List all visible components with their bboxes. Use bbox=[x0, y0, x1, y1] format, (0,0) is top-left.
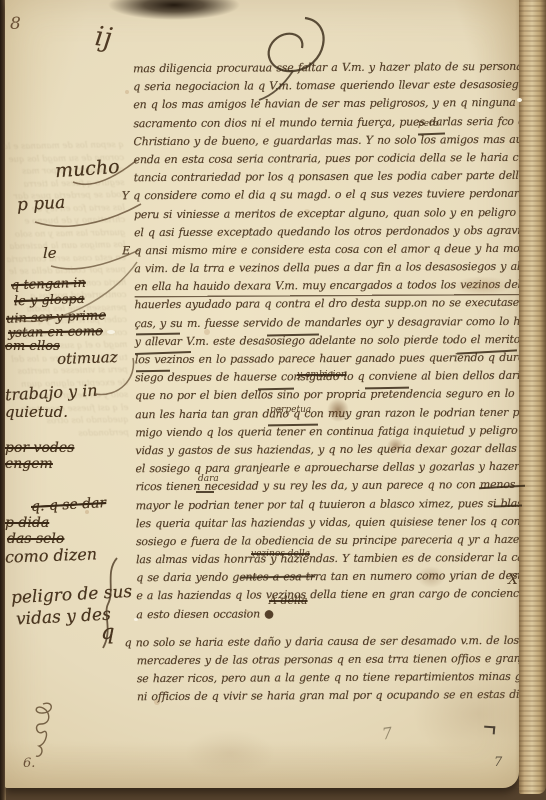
interlinear-insertion: y ambicion bbox=[297, 370, 347, 380]
stain bbox=[453, 276, 511, 296]
margin-brace bbox=[99, 556, 123, 650]
margin-connector bbox=[71, 154, 141, 192]
interlinear-insertion: A della bbox=[269, 594, 308, 607]
interlinear-insertion: vezinos della bbox=[251, 549, 310, 559]
text-line: hauerles ayudado para q contra el dro de… bbox=[134, 294, 527, 315]
corner-mark bbox=[484, 726, 496, 735]
text-line: migo viendo q los queria tener en contin… bbox=[135, 422, 528, 443]
margin-note-struck: p dida bbox=[5, 515, 49, 531]
stain bbox=[327, 398, 349, 422]
text-line: sosiego e fuera de la obediencia de su p… bbox=[136, 531, 529, 552]
ink-blotch bbox=[108, 0, 240, 20]
text-line: Christiano y de bueno, e guardarlas mas.… bbox=[133, 131, 526, 152]
interlinear-insertion: pero bbox=[418, 119, 439, 129]
text-line: e a las haziendas q los vezinos della ti… bbox=[136, 585, 529, 606]
text-line: las almas vidas honrras y haziendas. Y t… bbox=[136, 549, 529, 570]
text-line: mayor le podrian tener por tal q tuuiero… bbox=[136, 494, 529, 515]
text-line: les queria quitar las haziendas y vidas,… bbox=[136, 512, 529, 533]
text-line: tancia contrariedad por los q ponsasen q… bbox=[134, 167, 527, 188]
text-line: Y q considere como el dia q su magd. o e… bbox=[122, 185, 527, 206]
manuscript-page: q sepan los de mananas e la corona de su… bbox=[5, 0, 519, 788]
paper-speck bbox=[107, 330, 115, 334]
stain bbox=[413, 668, 543, 760]
margin-connector bbox=[91, 356, 141, 398]
folio-mark-ij: ij bbox=[93, 21, 114, 54]
stain bbox=[417, 566, 445, 588]
text-line: el q asi fuesse exceptado quedando los o… bbox=[134, 221, 527, 242]
foxing-spots bbox=[125, 90, 129, 94]
text-line: peru si viniesse a meritos de exceptar a… bbox=[134, 203, 527, 224]
text-line: ças, y su m. fuesse servido de mandarles… bbox=[135, 312, 528, 333]
page-number-ink: 7 bbox=[494, 755, 502, 770]
interlinear-insertion: dara bbox=[198, 474, 219, 484]
margin-note-struck: engem bbox=[5, 456, 53, 472]
page-number-pencil: 7 bbox=[381, 723, 394, 743]
text-line: a vim. de la trra e vezinos della pues a… bbox=[134, 258, 527, 279]
text-line: enda en esta cosa seria contraria, pues … bbox=[134, 149, 527, 170]
margin-note-struck: por vodes bbox=[5, 440, 74, 456]
text-line: q no solo se haria este daño y daria cau… bbox=[125, 632, 530, 653]
folio-number-top: 8 bbox=[10, 14, 21, 34]
strike-mark bbox=[196, 491, 214, 493]
text-line: sacramento con dios ni el mundo ternia f… bbox=[133, 112, 526, 133]
bottom-left-number: 6. bbox=[23, 756, 35, 771]
main-text-block: mas diligencia procuraua sse faltar a V.… bbox=[133, 58, 530, 707]
stain bbox=[387, 438, 404, 453]
margin-note: como dizen bbox=[5, 544, 98, 566]
text-line: y allevar V.m. este desasosiego adelante… bbox=[135, 331, 528, 352]
manuscript-photo: q sepan los de mananas e la corona de su… bbox=[0, 0, 546, 800]
margin-note: quietud. bbox=[5, 403, 68, 421]
page-stack-edge bbox=[519, 0, 546, 794]
text-line: a esto diesen occasion ● bbox=[136, 603, 529, 624]
paper-speck bbox=[134, 618, 138, 621]
text-line: q se daria yendo gentes a esa trra tan e… bbox=[136, 567, 529, 588]
margin-note-struck: om ellos bbox=[5, 339, 60, 354]
paper-speck bbox=[517, 98, 522, 102]
stain bbox=[185, 730, 275, 776]
margin-connector bbox=[33, 198, 145, 230]
text-line: vidas y gastos de sus haziendas, y q no … bbox=[135, 440, 528, 461]
margin-note-struck: das selo bbox=[7, 531, 64, 547]
rubric-squiggle bbox=[29, 700, 59, 764]
text-line: el sosiego q para granjearle e aprouecha… bbox=[135, 458, 528, 479]
interlinear-insertion: perpetua bbox=[270, 405, 311, 415]
text-line: ricos tienen necesidad y su rey les da, … bbox=[136, 476, 529, 497]
pen-flourish-top bbox=[243, 10, 339, 106]
margin-connector bbox=[15, 256, 141, 328]
x-mark: X bbox=[508, 572, 518, 588]
